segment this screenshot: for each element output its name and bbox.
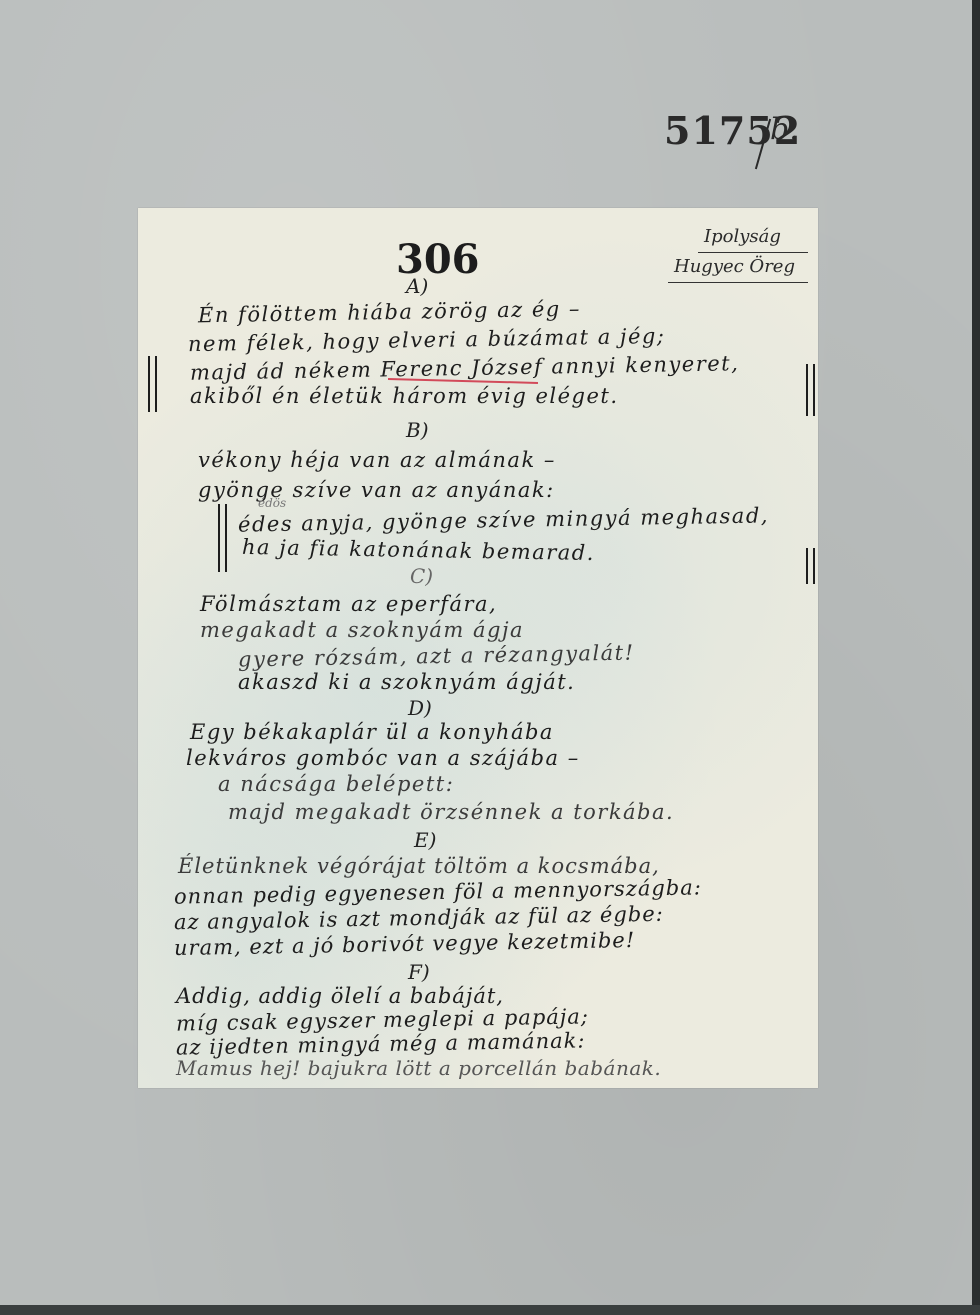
catalog-suffix: b.	[770, 112, 799, 147]
scan-edge-bottom	[0, 1305, 980, 1315]
verse-line: Egy békakaplár ül a konyhába	[190, 720, 554, 744]
verse-line: Addig, addig ölelí a babáját,	[176, 984, 504, 1008]
section-label-d: D)	[408, 696, 432, 720]
repeat-bar-right	[806, 548, 815, 584]
scan-edge-right	[972, 0, 980, 1315]
verse-line: ha ja fia katonának bemarad.	[242, 535, 595, 565]
repeat-bar-left	[148, 356, 157, 412]
repeat-bar-right	[806, 364, 815, 416]
verse-line: Mamus hej! bajukra lött a porcellán babá…	[176, 1056, 661, 1080]
repeat-bar-left	[218, 504, 227, 572]
manuscript-sheet: 306 Ipolyság Hugyec Öreg A) Én fölöttem …	[138, 208, 818, 1088]
place-sub-underline	[668, 282, 808, 283]
verse-line: gyönge szíve van az anyának:	[198, 478, 555, 502]
verse-line: nem félek, hogy elveri a búzámat a jég;	[188, 324, 666, 356]
verse-line: megakadt a szoknyám ágja	[200, 618, 524, 642]
verse-line: gyere rózsám, azt a rézangyalát!	[238, 641, 635, 672]
section-label-e: E)	[414, 828, 436, 852]
verse-line: akiből én életük három évig eléget.	[190, 384, 619, 408]
verse-line: Fölmásztam az eperfára,	[200, 592, 497, 616]
verse-line: vékony héja van az almának –	[198, 448, 556, 472]
section-label-a: A)	[406, 274, 428, 298]
verse-line: a nácsága belépett:	[218, 772, 454, 796]
verse-line: Életünknek végórájat töltöm a kocsmába,	[178, 854, 660, 878]
verse-line: Én fölöttem hiába zörög az ég –	[198, 297, 581, 328]
place-underline	[698, 252, 808, 253]
section-label-b: B)	[406, 418, 429, 442]
interlinear-correction: édös	[258, 496, 286, 510]
section-label-c: C)	[410, 564, 433, 588]
verse-line: édes anyja, gyönge szíve mingyá meghasad…	[238, 503, 769, 536]
verse-line: lekváros gombóc van a szájába –	[186, 746, 580, 770]
section-label-f: F)	[408, 960, 430, 984]
place-label: Ipolyság	[704, 226, 781, 247]
place-sublabel: Hugyec Öreg	[674, 256, 795, 277]
verse-line: majd megakadt örzsénnek a torkába.	[228, 800, 674, 824]
verse-line: akaszd ki a szoknyám ágját.	[238, 670, 575, 694]
